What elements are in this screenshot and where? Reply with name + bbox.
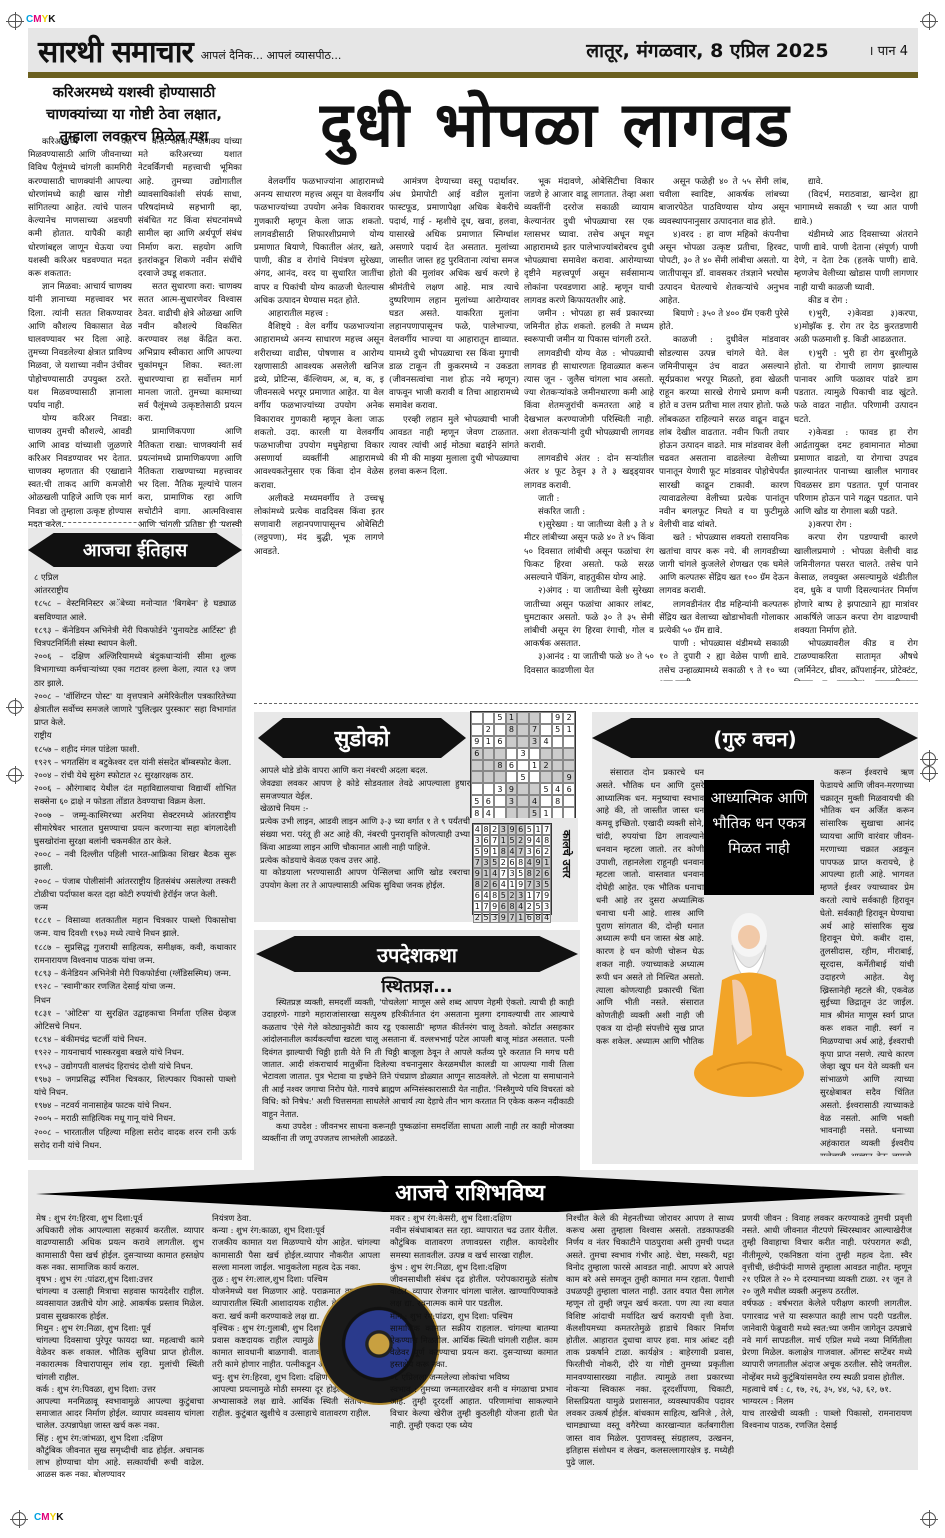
- history-entry: २००६ – औरंगाबाद येथील दंत महाविद्यालयाचा…: [34, 782, 236, 808]
- history-entry: १९७४ – नटवर्य नानासाहेब फाटक यांचे निधन.: [34, 1099, 236, 1112]
- sudoku-cell: 8: [482, 824, 491, 835]
- sudoku-cell[interactable]: [517, 724, 529, 736]
- history-entry: २००८ – नवी दिल्लीत पहिली भारत-आफ्रिका शि…: [34, 848, 236, 874]
- sudoku-cell[interactable]: [471, 771, 483, 783]
- sudoku-cell: 1: [542, 857, 551, 868]
- guru-title: (गुरु वचन): [592, 718, 918, 758]
- sudoku-cell: 2: [490, 824, 499, 835]
- sudoku-cell: 3: [490, 912, 499, 923]
- registration-mark-icon: [8, 14, 22, 28]
- sudoku-cell: 5: [517, 771, 529, 783]
- dudhi-column-2: आमंत्रण देण्याच्या वस्तू पदार्थावर. अंध …: [389, 176, 519, 681]
- dudhi-column-5: द्यावे. (विदर्भ, मराठवाडा, खान्देश ह्या …: [794, 176, 918, 681]
- sudoku-cell[interactable]: [529, 712, 541, 724]
- sudoku-cell: 1: [525, 890, 534, 901]
- sudoku-cell: 3: [499, 824, 508, 835]
- paragraph: आमंत्रण देण्याच्या वस्तू पदार्थावर. अंध …: [389, 176, 519, 414]
- paragraph: कीड व रोग :: [794, 295, 918, 308]
- sudoku-cell: 6: [525, 912, 534, 923]
- sudoku-cell[interactable]: [494, 795, 506, 807]
- sudoku-cell: 2: [516, 835, 525, 846]
- paragraph: ४)वरद : हा वाण महिको कंपनीचा असून भोपळा …: [659, 229, 789, 308]
- history-entry: आंतरराष्ट्रीय: [34, 584, 236, 597]
- rashi-sign-heading: सिंह : शुभ रंग:जांभळा, शुभ दिशा :दक्षिण: [36, 1432, 204, 1444]
- section-divider: [28, 522, 242, 523]
- masthead-divider: [28, 72, 918, 78]
- rashi-forecast: चांगल्या व उत्साही मित्राचा सहवास फायदेश…: [36, 1285, 204, 1322]
- paragraph: १)सुरेख्या : या जातीच्या वेली ३ ते ४ मीट…: [524, 519, 654, 585]
- paragraph: सतत सुधारणा करा: चाणक्य सतत आत्म-सुधारणे…: [138, 281, 242, 426]
- sudoku-cell: 3: [525, 846, 534, 857]
- registration-mark-icon: [922, 766, 936, 780]
- paragraph: प्रणयी जीवन : विवाह लवकर करण्याकडे तुमची…: [742, 1212, 912, 1297]
- sudoku-cell[interactable]: [540, 724, 552, 736]
- sudoku-cell[interactable]: [552, 748, 564, 760]
- sudoku-cell[interactable]: [552, 771, 564, 783]
- rashi-forecast: चांगल्या दिवसाचा पुरेपूर फायदा घ्या. महत…: [36, 1334, 204, 1383]
- sudoku-cell[interactable]: [540, 795, 552, 807]
- history-entry: १८३१ – 'ओटिस' या सुरक्षित उद्वाहकाचा निर…: [34, 1007, 236, 1033]
- rashi-column-3: मकर : शुभ रंग:केसरी, शुभ दिशा:दक्षिणनवीन…: [390, 1212, 558, 1432]
- sudoku-cell[interactable]: [517, 736, 529, 748]
- sudoku-cell: 8: [499, 846, 508, 857]
- sudoku-cell: 5: [490, 857, 499, 868]
- sudoku-cell: 6: [499, 901, 508, 912]
- rashi-sign-heading: मकर : शुभ रंग:केसरी, शुभ दिशा:दक्षिण: [390, 1212, 558, 1224]
- paragraph: द्यावे.: [794, 176, 918, 189]
- history-entry: निधन: [34, 994, 236, 1007]
- sudoku-cell[interactable]: [540, 748, 552, 760]
- sudoku-cell: 3: [506, 795, 518, 807]
- sudoku-cell: 4: [508, 846, 517, 857]
- sudoku-cell[interactable]: [563, 795, 575, 807]
- sudoku-cell: 6: [542, 868, 551, 879]
- sudoku-cell: 8: [542, 835, 551, 846]
- sudoku-cell: 9: [471, 736, 483, 748]
- paragraph: लागवडीची योग्य वेळ : भोपळ्याची लागवड ही …: [524, 348, 654, 454]
- sudoku-cell: 1: [516, 912, 525, 923]
- rashi-sign-heading: ०८ एप्रिलला जन्मलेल्या लोकांचा भविष्य: [390, 1371, 558, 1383]
- sudoku-cell: 8: [508, 901, 517, 912]
- paragraph: ३)करपा रोग :: [794, 519, 918, 532]
- important-years: महत्वाचे वर्ष : ८, १७, २६, ३५, ४४, ५३, ६…: [742, 1383, 912, 1395]
- rashi-forecast: नियंत्रण ठेवा.: [212, 1212, 380, 1224]
- paragraph: लागवडीनंतर दीड महिन्यांनी कल्पतरू सेंद्र…: [659, 599, 789, 639]
- sudoku-cell[interactable]: [471, 712, 483, 724]
- sudoku-cell: 6: [534, 846, 543, 857]
- paragraph: जमीन : भोपळा हा सर्व प्रकारच्या जमिनीत ह…: [524, 308, 654, 348]
- sudoku-cell: 7: [525, 879, 534, 890]
- sudoku-cell: 3: [542, 901, 551, 912]
- sudoku-cell[interactable]: [506, 748, 518, 760]
- paragraph: पाणी : भोपळ्यास थंडीमध्ये सकाळी १० ते दु…: [659, 638, 789, 681]
- rashi-title: आजचे राशिभविष्य: [300, 1176, 640, 1212]
- history-entry: २००८ – 'वॉशिंग्टन पोस्ट' या वृत्तपत्राने…: [34, 690, 236, 730]
- history-box: आजचा ईतिहास ८ एप्रिलआंतरराष्ट्रीय१८५८ – …: [28, 528, 242, 1160]
- sudoku-cell: 1: [534, 824, 543, 835]
- sudoku-cell: 4: [534, 835, 543, 846]
- sudoku-instructions: आपले थोडे डोके वापरा आणि करा नंबरची अदला…: [260, 764, 470, 892]
- paragraph: (विदर्भ, मराठवाडा, खान्देश ह्या भागामध्य…: [794, 189, 918, 229]
- rashi-sign-heading: मीन : शुभ रंग:पांढरा, शुभ दिशा: पश्चिम: [390, 1310, 558, 1322]
- sudoku-cell: 8: [525, 868, 534, 879]
- history-list: ८ एप्रिलआंतरराष्ट्रीय१८५८ – वेस्टमिनिस्ट…: [28, 567, 242, 1152]
- sudoku-cell: 3: [494, 783, 506, 795]
- sudoku-cell: 3: [529, 736, 541, 748]
- story-moral: कथा उपदेश : जीवनभर साधना करूनही पुष्कळां…: [262, 1120, 574, 1145]
- sudoku-cell[interactable]: [529, 783, 541, 795]
- rashi-sign-heading: मिथुन : शुभ रंग:निळा, शुभ दिशा: पूर्व: [36, 1322, 204, 1334]
- sudoku-cell: 9: [516, 879, 525, 890]
- sudoku-cell: 1: [490, 846, 499, 857]
- sudoku-cell[interactable]: [563, 760, 575, 772]
- sudoku-cell[interactable]: [563, 748, 575, 760]
- sudoku-cell: 5: [473, 846, 482, 857]
- sudoku-cell: 4: [540, 736, 552, 748]
- history-entry: १८८७ – सुप्रसिद्ध गुजराथी साहित्यक, समीक…: [34, 941, 236, 967]
- newspaper-title: सारथी समाचार: [38, 30, 193, 71]
- rashi-sign-heading: कन्या : शुभ रंग:काळा, शुभ दिशा:पूर्व: [212, 1224, 380, 1236]
- sudoku-cell: 7: [516, 846, 525, 857]
- sudoku-cell: 2: [540, 760, 552, 772]
- sudoku-cell: 4: [542, 912, 551, 923]
- sudoku-cell: 8: [494, 760, 506, 772]
- sudoku-cell: 2: [482, 879, 491, 890]
- sudoku-cell: 1: [508, 879, 517, 890]
- sudoku-cell: 9: [542, 890, 551, 901]
- instruction-line: प्रत्येक कोडयाचे केवळ एकच उत्तर आहे.: [260, 854, 470, 867]
- sudoku-cell: 6: [516, 824, 525, 835]
- sudoku-cell[interactable]: [483, 748, 495, 760]
- registration-mark-icon: [12, 1512, 26, 1526]
- sudoku-cell[interactable]: [517, 712, 529, 724]
- rashi-forecast: राजकीय कामात यश मिळण्याचे योग आहेत. चांग…: [212, 1236, 380, 1273]
- sudoku-cell[interactable]: [506, 736, 518, 748]
- sudoku-cell: 4: [490, 868, 499, 879]
- paragraph: वर्षफळ : वर्षभरात केलेले परीक्षण कारणी ल…: [742, 1297, 912, 1382]
- page-number: । पान 4: [869, 41, 908, 59]
- sudoku-cell: 5: [542, 879, 551, 890]
- upadesh-subtitle: स्थितप्रज्ञ...: [254, 974, 580, 997]
- instruction-line: प्रत्येक उभी लाइन, आडवी लाइन आणि ३-३ च्य…: [260, 815, 470, 853]
- sudoku-cell: 5: [494, 712, 506, 724]
- upadesh-body: स्थितप्रज्ञ व्यक्ती, समदर्शी व्यक्ती, 'प…: [262, 996, 574, 1145]
- sudoku-cell: 9: [490, 901, 499, 912]
- sudoku-cell[interactable]: [552, 736, 564, 748]
- sudoku-cell[interactable]: [483, 712, 495, 724]
- paragraph: २)अंगद : या जातीच्या वेली सुरेख्या जातीच…: [524, 585, 654, 651]
- rashi-sign-heading: तुळ : शुभ रंग:लाल,शुभ दिशा: पश्चिम: [212, 1273, 380, 1285]
- sudoku-cell: 8: [534, 912, 543, 923]
- sudoku-cell: 6: [494, 736, 506, 748]
- paragraph: ३)आनंद : या जातीची फळे ४० ते ५० दिवसात क…: [524, 651, 654, 677]
- paragraph: ज्ञान मिळवा: आचार्य चाणक्य यांनी ज्ञानाच…: [28, 281, 132, 413]
- rashi-column-4: निश्चीत केले की मेहनतीच्या जोरावर आपण ते…: [566, 1212, 734, 1468]
- paragraph: एरव्ही लहान मुले भोपळ्याची भाजी आवडत नाह…: [389, 414, 519, 480]
- sudoku-cell[interactable]: [552, 760, 564, 772]
- sudoku-cell: 5: [499, 890, 508, 901]
- rashi-sign-heading: मेष : शुभ रंग:हिरवा, शुभ दिशा:पूर्व: [36, 1212, 204, 1224]
- sudoku-cell[interactable]: [506, 771, 518, 783]
- sudoku-cell: 5: [516, 868, 525, 879]
- sudoku-cell: 9: [499, 912, 508, 923]
- sudoku-cell: 2: [508, 890, 517, 901]
- dateline: लातूर, मंगळवार, 8 एप्रिल 2025: [586, 37, 828, 63]
- paragraph: १)भुरी : भुरी हा रोग बुरशीमुळे होतो. या …: [794, 348, 918, 427]
- sudoku-cell: 1: [482, 868, 491, 879]
- history-entry: १९२८ – 'स्वामी'कार रणजित देसाई यांचा जन्…: [34, 980, 236, 993]
- newspaper-tagline: आपलं दैनिक... आपलं व्यासपीठ...: [201, 48, 342, 63]
- sudoku-cell: 3: [517, 748, 529, 760]
- registration-mark-icon: [8, 768, 22, 782]
- instruction-line: आपले थोडे डोके वापरा आणि करा नंबरची अदला…: [260, 764, 470, 777]
- sudoku-cell[interactable]: [517, 783, 529, 795]
- rashi-forecast: नवीन संबंधाबाबत सत रहा. व्यापारात चढ उता…: [390, 1224, 558, 1261]
- paragraph: वैशिष्ट्ये : वेल वर्गीय फळभाज्यांना आहार…: [254, 321, 384, 493]
- guru-callout: आध्यात्मिक आणि भौतिक धन एकत्र मिळत नाही: [704, 780, 814, 895]
- lucky-gem: भाग्यरत्न : निलम: [742, 1395, 912, 1407]
- chanakya-column-1: करिअरमध्ये यश मिळवण्यासाठी आणि जीवनाच्या…: [28, 136, 132, 545]
- sudoku-cell: 8: [490, 890, 499, 901]
- sudoku-cell: 7: [490, 835, 499, 846]
- instruction-line: या कोडयाला भरण्यासाठी आपण पेन्सिलचा आणि …: [260, 866, 470, 892]
- sudoku-cell: 9: [473, 868, 482, 879]
- sudoku-cell: 9: [508, 824, 517, 835]
- sudoku-cell: 5: [534, 901, 543, 912]
- sudoku-cell[interactable]: [517, 760, 529, 772]
- sudoku-cell[interactable]: [483, 783, 495, 795]
- paragraph: १)भुरी, २)केवडा ३)करपा, ४)मोझॅक इ. रोग त…: [794, 308, 918, 348]
- history-entry: १९२९ – भगतसिंग व बटुकेश्वर दत्त यांनी सं…: [34, 756, 236, 769]
- sudoku-cell: 6: [490, 879, 499, 890]
- sudoku-cell: 5: [552, 724, 564, 736]
- sudoku-cell: 6: [508, 857, 517, 868]
- paragraph: करून ईश्वराचे ऋण फेडायचे आणि जीवन-मरणाच्…: [820, 766, 914, 1156]
- paragraph: खते : भोपळ्यास शक्यतो रासायनिक खतांचा वा…: [659, 532, 789, 598]
- rashi-column-1: मेष : शुभ रंग:हिरवा, शुभ दिशा:पूर्वअधिका…: [36, 1212, 204, 1480]
- sudoku-puzzle-grid[interactable]: 519228751916346386125939546563488451: [470, 711, 576, 820]
- sudoku-cell: 5: [525, 824, 534, 835]
- rashi-sign-heading: कर्क : शुभ रंग:पिवळा, शुभ दिशा: उत्तर: [36, 1383, 204, 1395]
- sudoku-cell: 6: [473, 890, 482, 901]
- sudoku-cell: 4: [473, 824, 482, 835]
- paragraph: वेलवर्गीय फळभाज्यांना आहारामध्ये अनन्य स…: [254, 176, 384, 308]
- paragraph: स्थितप्रज्ञ व्यक्ती, समदर्शी व्यक्ती, 'प…: [262, 996, 574, 1120]
- paragraph: संकरित जाती :: [524, 506, 654, 519]
- paragraph: आहारातील महत्त्व :: [254, 308, 384, 321]
- sudoku-cell: 2: [473, 912, 482, 923]
- registration-mark-icon: [8, 700, 22, 714]
- history-title: आजचा ईतिहास: [28, 533, 242, 567]
- history-entry: १९७३ – जगप्रसिद्ध स्पॅनिश चित्रकार, शिल्…: [34, 1073, 236, 1099]
- sudoku-cell: 1: [563, 724, 575, 736]
- sudoku-cell: 8: [473, 879, 482, 890]
- sudoku-cell: 9: [552, 712, 564, 724]
- history-entry: २००७ – जम्मू-काश्मिरच्या अरनिया सेक्टरमध…: [34, 809, 236, 849]
- section-divider: [254, 703, 918, 704]
- sudoku-cell[interactable]: [471, 724, 483, 736]
- rashi-forecast: जीवनसाथीशी संबंध दृढ होतील. परोपकारामुळे…: [390, 1273, 558, 1310]
- paragraph: असून फळेही ४० ते ५५ सेंमी लांब, चवीला स्…: [659, 176, 789, 229]
- guru-column-2: करून ईश्वराचे ऋण फेडायचे आणि जीवन-मरणाच्…: [820, 766, 914, 1156]
- rashi-column-5: प्रणयी जीवन : विवाह लवकर करण्याकडे तुमची…: [742, 1212, 912, 1468]
- dudhi-column-4: असून फळेही ४० ते ५५ सेंमी लांब, चवीला स्…: [659, 176, 789, 681]
- history-entry: जन्म: [34, 901, 236, 914]
- paragraph: लागवडीचे अंतर : दोन सऱ्यांतील अंतर ४ फूट…: [524, 453, 654, 493]
- sudoku-cell: 9: [506, 783, 518, 795]
- history-entry: २००८ – पंजाब पोलीसांनी आंतरराष्ट्रीय हित…: [34, 875, 236, 901]
- sudoku-cell: 5: [482, 912, 491, 923]
- sudoku-cell: 6: [471, 748, 483, 760]
- same-birthday-people: याच तारखेची व्यक्ती : पाब्लो पिकासो, राम…: [742, 1407, 912, 1431]
- sudoku-cell: 2: [534, 868, 543, 879]
- sudoku-cell: 4: [525, 857, 534, 868]
- sudoku-cell: 6: [563, 783, 575, 795]
- sudoku-box: सुडोको आपले थोडे डोके वापरा आणि करा नंबर…: [254, 712, 472, 922]
- answer-label: कालचे उत्तर: [556, 830, 574, 878]
- upadesh-title: उपदेशकथा: [256, 936, 578, 972]
- history-entry: १९५३ – उद्योगपती वालचंद हिराचंद दोशी यां…: [34, 1060, 236, 1073]
- sudoku-cell: 2: [483, 724, 495, 736]
- sudoku-cell[interactable]: [483, 760, 495, 772]
- guru-column-1: संसारात दोन प्रकारचे धन असते. भौतिक धन आ…: [596, 766, 704, 1046]
- sudoku-cell: 6: [482, 835, 491, 846]
- history-entry: १८५७ – शहीद मंगल पांडेला फाशी.: [34, 743, 236, 756]
- sudoku-cell: 7: [473, 857, 482, 868]
- sudoku-cell[interactable]: [529, 771, 541, 783]
- sudoku-cell: 9: [563, 771, 575, 783]
- sudoku-cell: 3: [534, 879, 543, 890]
- sudoku-cell: 3: [482, 857, 491, 868]
- sudoku-cell: 5: [540, 783, 552, 795]
- sudoku-cell: 3: [516, 890, 525, 901]
- sudoku-cell: 7: [534, 890, 543, 901]
- history-entry: १८९४ – बंकीमचंद्र चटर्जी यांचे निधन.: [34, 1033, 236, 1046]
- paragraph: भूक मंदावणे, ओबेसिटीचा विकार जडणे हे आजा…: [524, 176, 654, 308]
- paragraph: २)केवडा : फावड हा रोग आर्द्रतायुक्त दमट …: [794, 427, 918, 519]
- sudoku-cell[interactable]: [483, 771, 495, 783]
- sudoku-cell: 2: [499, 857, 508, 868]
- rashi-forecast: आपल्या मनमिळावू स्वभावामुळे आपल्या कुटुं…: [36, 1395, 204, 1432]
- sudoku-cell: 1: [483, 736, 495, 748]
- sudoku-cell: 7: [499, 868, 508, 879]
- sudoku-cell[interactable]: [471, 760, 483, 772]
- sudoku-cell: 7: [482, 901, 491, 912]
- sudoku-cell: 1: [473, 901, 482, 912]
- rashi-forecast: स्वभाव : तुमच्या जन्मतारखेवर शनी व मंगळा…: [390, 1383, 558, 1432]
- rashi-forecast: कौटुंबिक जीवनात सुख समृध्दीची वाढ होईल. …: [36, 1444, 204, 1481]
- history-entry: २००८ – भारतातील पहिल्या महिला सरोद वादक …: [34, 1126, 236, 1152]
- history-entry: २००५ – मराठी साहित्यिक मधू गानू यांचे नि…: [34, 1112, 236, 1125]
- sudoku-cell: 4: [482, 890, 491, 901]
- sudoku-cell: 5: [508, 835, 517, 846]
- sudoku-cell: 7: [529, 724, 541, 736]
- paragraph: करपा रोग पडण्याची कारणे खालीलप्रमाणे : भ…: [794, 532, 918, 638]
- sudoku-cell: 3: [473, 835, 482, 846]
- history-entry: राष्ट्रीय: [34, 729, 236, 742]
- sudoku-cell: 6: [483, 795, 495, 807]
- sudoku-cell: 1: [499, 835, 508, 846]
- chanakya-column-2: करा: आचार्य चाणक्य यांच्या मते करिअरच्या…: [138, 136, 242, 559]
- sudoku-cell: 4: [529, 795, 541, 807]
- sudoku-cell: 1: [506, 712, 518, 724]
- sudoku-cell: 8: [552, 795, 564, 807]
- sudoku-cell: 4: [552, 783, 564, 795]
- sudoku-cell[interactable]: [494, 748, 506, 760]
- rashi-forecast: सामाजिक कामात सक्रीय राहलाल. चांगल्या बा…: [390, 1322, 558, 1371]
- registration-mark-icon: [922, 1512, 936, 1526]
- dudhi-column-1: वेलवर्गीय फळभाज्यांना आहारामध्ये अनन्य स…: [254, 176, 384, 681]
- sudoku-cell: 6: [506, 760, 518, 772]
- paragraph: योग्य करिअर निवडा: चाणक्य तुमची कौशल्ये,…: [28, 413, 132, 532]
- paragraph: करिअरमध्ये यश मिळवण्यासाठी आणि जीवनाच्या…: [28, 136, 132, 281]
- rashi-forecast: अधिकारी लोक आपल्याला सहकार्य करतील. व्या…: [36, 1224, 204, 1273]
- sudoku-cell: 8: [516, 857, 525, 868]
- sudoku-cell: 9: [482, 846, 491, 857]
- history-entry: ८ एप्रिल: [34, 571, 236, 584]
- sudoku-cell: 7: [542, 824, 551, 835]
- sudoku-cell: 9: [525, 835, 534, 846]
- paragraph: भोपळ्यावरील कीड व रोग टाळण्याकरिता साताम…: [794, 638, 918, 681]
- dudhi-column-3: भूक मंदावणे, ओबेसिटीचा विकार जडणे हे आजा…: [524, 176, 654, 681]
- cmyk-mark: CMYK: [34, 1512, 63, 1523]
- sudoku-cell: 7: [508, 912, 517, 923]
- paragraph: करा: आचार्य चाणक्य यांच्या मते करिअरच्या…: [138, 136, 242, 281]
- paragraph: जाती :: [524, 493, 654, 506]
- sudoku-cell[interactable]: [540, 712, 552, 724]
- sudoku-cell: 4: [516, 901, 525, 912]
- history-entry: १८५८ – वेस्टमिनिस्टर अॅबेच्या मनोऱ्यात '…: [34, 597, 236, 623]
- sudoku-cell: 8: [506, 724, 518, 736]
- sudoku-cell: 5: [471, 795, 483, 807]
- sudoku-cell: 2: [525, 901, 534, 912]
- sudoku-cell: 4: [499, 879, 508, 890]
- sudoku-cell[interactable]: [471, 783, 483, 795]
- sudoku-cell: 3: [508, 868, 517, 879]
- sudoku-cell[interactable]: [540, 771, 552, 783]
- history-entry: २००४ – रांची येथे सुरुंग स्फोटात २८ सुरक…: [34, 769, 236, 782]
- dudhi-headline: दुधी भोपळा लागवड: [320, 80, 880, 170]
- history-entry: १९२२ – गायनाचार्य भास्करबुवा बखले यांचे …: [34, 1046, 236, 1059]
- paragraph: अलीकडे मध्यमवर्गीय ते उच्चभ्रू लोकांमध्य…: [254, 493, 384, 559]
- paragraph: बियाणे : ३५० ते ४०० ग्रॅम एकरी पुरेसे हो…: [659, 308, 789, 334]
- paragraph: संसारात दोन प्रकारचे धन असते. भौतिक धन आ…: [596, 766, 704, 1046]
- upadesh-box: उपदेशकथा स्थितप्रज्ञ... स्थितप्रज्ञ व्यक…: [254, 930, 580, 1170]
- sudoku-cell: 1: [529, 760, 541, 772]
- sudoku-cell[interactable]: [494, 724, 506, 736]
- cmyk-mark: CMYK: [26, 14, 55, 25]
- paragraph: काळजी : दुधीवेल मांडवावर सोडल्यास उत्पन्…: [659, 334, 789, 532]
- history-entry: १८८१ – विसाव्या शतकातील महान चित्रकार पा…: [34, 914, 236, 940]
- instruction-line: खेळाचे नियम :-: [260, 802, 470, 815]
- sudoku-answer-grid: 4823965173671529485918473627352684919147…: [472, 823, 552, 915]
- masthead: सारथी समाचार आपलं दैनिक... आपलं व्यासपीठ…: [28, 28, 918, 72]
- rashi-sign-heading: वृषभ : शुभ रंग :पांढरा,शुभ दिशा:उत्तर: [36, 1273, 204, 1285]
- sudoku-title: सुडोको: [258, 718, 466, 758]
- sudoku-cell[interactable]: [529, 748, 541, 760]
- sudoku-cell[interactable]: [494, 771, 506, 783]
- sudoku-cell[interactable]: [517, 795, 529, 807]
- sudoku-cell[interactable]: [563, 736, 575, 748]
- history-entry: १८९३ – कॅनेडियन अभिनेत्री मेरी पिकफोर्डच…: [34, 967, 236, 980]
- paragraph: निश्चीत केले की मेहनतीच्या जोरावर आपण ते…: [566, 1212, 734, 1468]
- sudoku-cell: 2: [542, 846, 551, 857]
- instruction-line: जेवढ्या लवकर आपण हे कोडे सोडवताल तेवढे आ…: [260, 777, 470, 803]
- paragraph: थंडीमध्ये आठ दिवसाच्या अंतराने पाणी द्या…: [794, 229, 918, 295]
- history-entry: १८९३ – कॅनेडियन अभिनेत्री मेरी पिकफोर्डन…: [34, 624, 236, 650]
- sudoku-cell: 9: [534, 857, 543, 868]
- history-entry: २००६ – दक्षिण अल्जिरियामध्ये बंदुकधाऱ्या…: [34, 650, 236, 690]
